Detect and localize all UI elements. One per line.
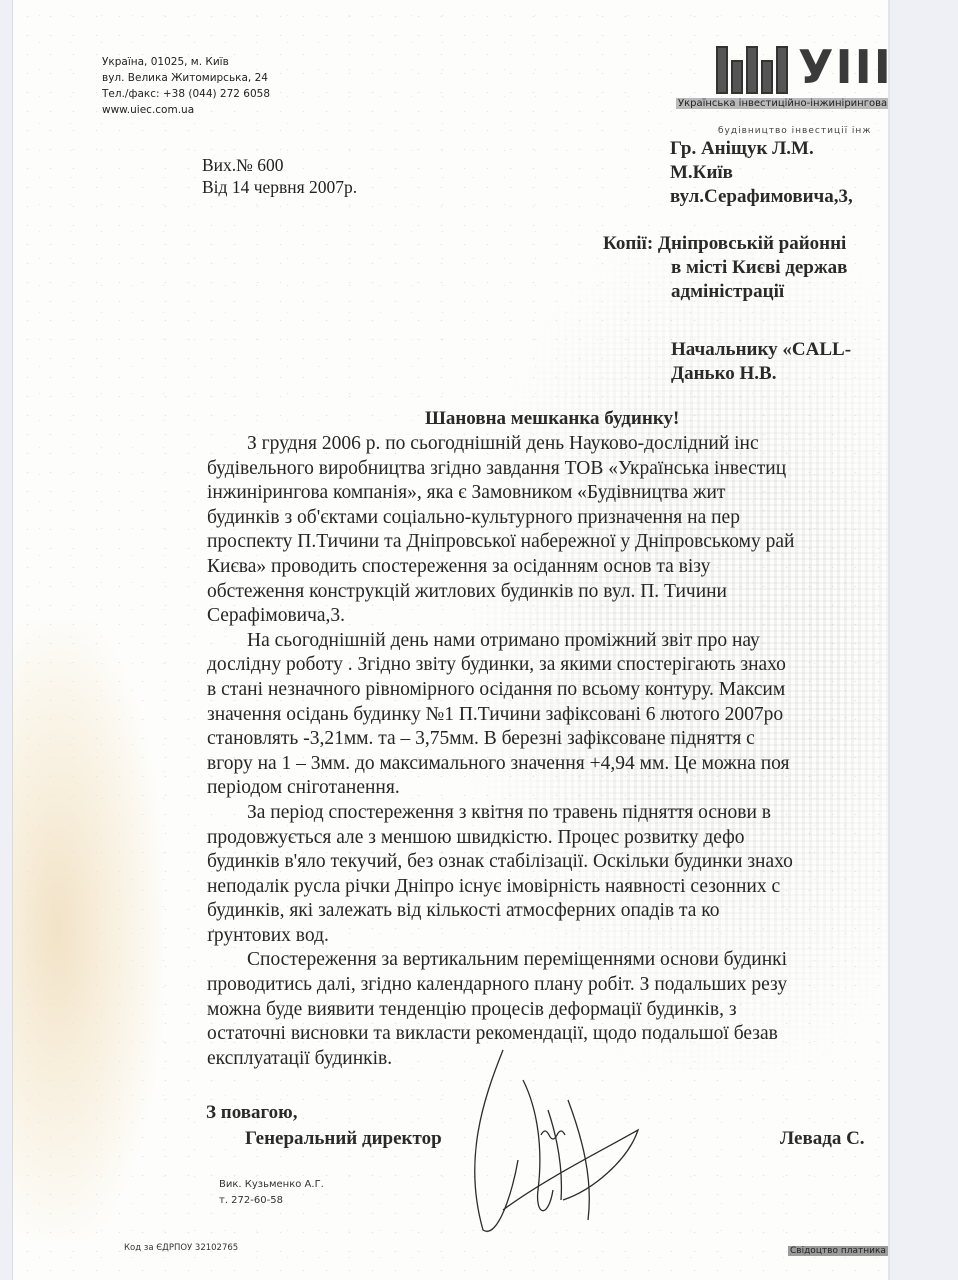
letterhead-address: Україна, 01025, м. Київ вул. Велика Жито… [102, 54, 270, 118]
body-line: вгору на 1 – 3мм. до максимального значе… [207, 752, 890, 777]
letter-body: З грудня 2006 р. по сьогоднішній день На… [207, 432, 890, 1071]
body-line: будинків, які залежать від кількості атм… [207, 899, 890, 924]
body-line: проспекту П.Тичини та Дніпровської набер… [207, 530, 890, 555]
recipient-line: вул.Серафимовича,3, [670, 185, 853, 209]
paragraph: На сьогоднішній день нами отримано промі… [207, 629, 890, 801]
logo-building-icon [716, 46, 788, 94]
address-line: Україна, 01025, м. Київ [102, 54, 270, 70]
executor-name: Вик. Кузьменко А.Г. [219, 1177, 324, 1193]
paper-stain [13, 620, 163, 1240]
body-line: будівельного виробництва згідно завдання… [207, 457, 890, 482]
closing-regards: З повагою, [206, 1102, 297, 1124]
copies-line: адміністрації [603, 280, 851, 304]
body-line: На сьогоднішній день нами отримано промі… [207, 629, 890, 654]
paragraph: З грудня 2006 р. по сьогоднішній день На… [207, 432, 890, 629]
paragraph: За період спостереження з квітня по трав… [207, 801, 890, 949]
body-line: будинків в'яло текучий, без ознак стабіл… [207, 850, 890, 875]
letter-page: Україна, 01025, м. Київ вул. Велика Жито… [12, 0, 890, 1280]
body-line: ґрунтових вод. [207, 924, 890, 949]
body-line: Серафімовича,3. [207, 604, 890, 629]
recipient-block: Гр. Аніщук Л.М. М.Київ вул.Серафимовича,… [670, 137, 853, 209]
copies-line: в місті Києві держав [603, 256, 851, 280]
body-line: інжинірингова компанія», яка є Замовнико… [207, 481, 890, 506]
outgoing-number: Вих.№ 600 [202, 154, 357, 176]
greeting: Шановна мешканка будинку! [425, 408, 679, 430]
address-line: Тел./факс: +38 (044) 272 6058 [102, 86, 270, 102]
recipient-line: М.Київ [670, 161, 853, 185]
outgoing-date: Від 14 червня 2007р. [202, 176, 357, 198]
body-line: продовжується але з меншою швидкістю. Пр… [207, 826, 890, 851]
handwritten-signature [443, 1040, 643, 1250]
body-line: З грудня 2006 р. по сьогоднішній день На… [207, 432, 890, 457]
logo-subtitle: Українська інвестиційно-інжинірингова [676, 98, 889, 109]
body-line: проводитись далі, згідно календарного пл… [207, 973, 890, 998]
signer-name: Левада С. [780, 1128, 865, 1150]
taxpayer-certificate: Свідоцтво платника [788, 1246, 888, 1256]
signer-title: Генеральний директор [245, 1128, 442, 1150]
address-line: www.uiec.com.ua [102, 102, 270, 118]
executor-block: Вик. Кузьменко А.Г. т. 272-60-58 [219, 1177, 324, 1209]
body-line: можна буде виявити тенденцію процесів де… [207, 998, 890, 1023]
body-line: неподалік русла річки Дніпро існує імові… [207, 875, 890, 900]
recipient-line: Гр. Аніщук Л.М. [670, 137, 853, 161]
logo-wordmark: УІІІ [798, 40, 890, 94]
logo-subtitle-2: будівництво інвестиції інж [718, 126, 871, 136]
copies-block: Копії: Дніпровській районні в місті Києв… [603, 232, 851, 386]
body-line: обстеження конструкцій житлових будинків… [207, 580, 890, 605]
edrpou-code: Код за ЄДРПОУ 32102765 [124, 1243, 238, 1253]
body-line: будинків з об'єктами соціально-культурно… [207, 506, 890, 531]
body-line: значення осідань будинку №1 П.Тичини заф… [207, 703, 890, 728]
copies-line: Начальнику «CALL- [603, 338, 851, 362]
body-line: періодом сніготанення. [207, 776, 890, 801]
company-logo: УІІІ Українська інвестиційно-інжиніринго… [658, 38, 888, 138]
body-line: Спостереження за вертикальним переміщенн… [207, 948, 890, 973]
body-line: становлять -3,21мм. та – 3,75мм. В берез… [207, 727, 890, 752]
copies-line: Данько Н.В. [603, 362, 851, 386]
copies-line: Копії: Дніпровській районні [603, 232, 851, 256]
address-line: вул. Велика Житомирська, 24 [102, 70, 270, 86]
body-line: Києва» проводить спостереження за осідан… [207, 555, 890, 580]
body-line: За період спостереження з квітня по трав… [207, 801, 890, 826]
executor-phone: т. 272-60-58 [219, 1193, 324, 1209]
body-line: в стані незначного рівномірного осідання… [207, 678, 890, 703]
outgoing-reference: Вих.№ 600 Від 14 червня 2007р. [202, 154, 357, 198]
body-line: дослідну роботу . Згідно звіту будинки, … [207, 653, 890, 678]
